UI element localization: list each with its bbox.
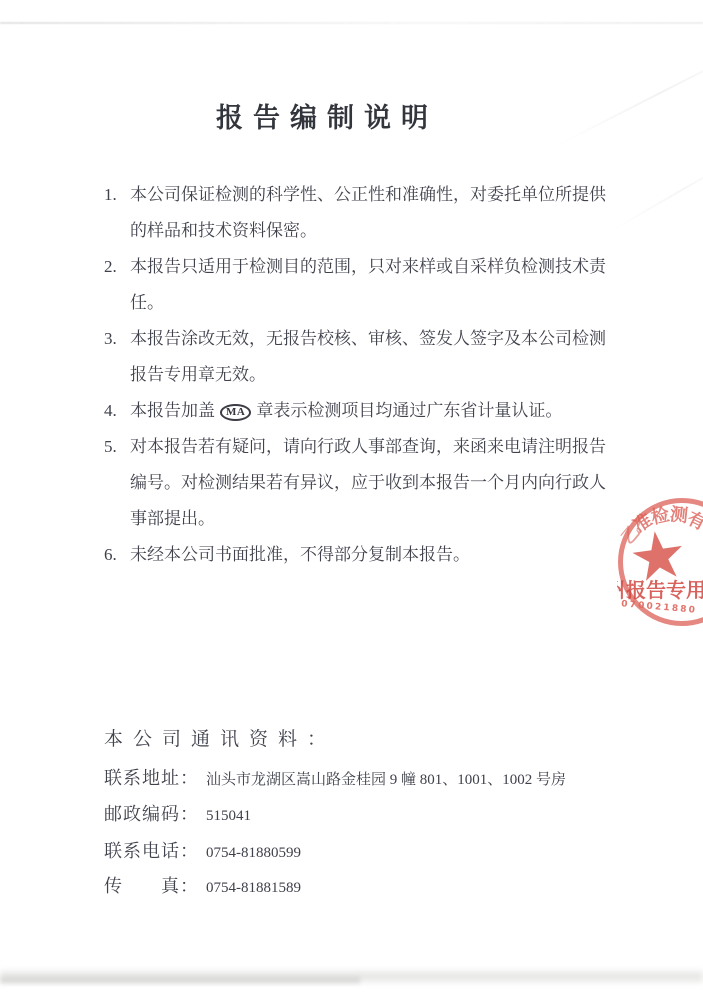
contact-label: 联系电话： [104,841,199,861]
contact-label: 传 真： [104,876,199,896]
item-text: 本报告加盖 [130,401,215,420]
item-line: 本报告加盖MA章表示检测项目均通过广东省计量认证。 [130,393,562,429]
scan-edge-line [0,22,703,24]
item-line: 事部提出。 [130,501,606,537]
seal-band-text: 州报告专用章 [617,574,703,603]
cma-certification-mark: MA [220,404,251,421]
contact-postcode-row: 邮政编码：515041 [104,796,251,832]
notes-list: 1. 本公司保证检测的科学性、公正性和准确性，对委托单位所提供 的样品和技术资料… [104,177,624,573]
item-number: 3. [104,321,130,357]
list-item: 6. 未经本公司书面批准，不得部分复制本报告。 [104,537,624,573]
item-line: 的样品和技术资料保密。 [130,213,606,249]
list-item: 1. 本公司保证检测的科学性、公正性和准确性，对委托单位所提供 的样品和技术资料… [104,177,624,249]
contact-label: 邮政编码： [104,804,199,824]
item-line: 本报告只适用于检测目的范围，只对来样或自采样负检测技术责 [130,249,606,285]
item-line: 报告专用章无效。 [130,357,606,393]
item-number: 5. [104,429,130,465]
item-line: 对本报告若有疑问，请向行政人事部查询，来函来电请注明报告 [130,429,606,465]
list-item: 3. 本报告涂改无效，无报告校核、审核、签发人签字及本公司检测 报告专用章无效。 [104,321,624,393]
list-item: 2. 本报告只适用于检测目的范围，只对来样或自采样负检测技术责 任。 [104,249,624,321]
contact-fax-row: 传 真：0754-81881589 [104,868,301,904]
item-number: 2. [104,249,130,285]
item-number: 4. [104,393,130,429]
item-number: 1. [104,177,130,213]
contact-value: 515041 [206,808,251,824]
item-line: 本公司保证检测的科学性、公正性和准确性，对委托单位所提供 [130,177,606,213]
contact-label: 联系地址： [104,768,199,788]
contact-value: 0754-81880599 [206,845,301,861]
scan-crease [610,150,703,232]
item-line: 编号。对检测结果若有异议，应于收到本报告一个月内向行政人 [130,465,606,501]
contact-section-header: 本公司通讯资料： [104,722,336,758]
item-text: 章表示检测项目均通过广东省计量认证。 [256,401,562,420]
contact-address-row: 联系地址：汕头市龙湖区嵩山路金桂园 9 幢 801、1001、1002 号房 [104,760,566,796]
item-number: 6. [104,537,130,573]
item-line: 任。 [130,285,606,321]
item-line: 本报告涂改无效，无报告校核、审核、签发人签字及本公司检测 [130,321,606,357]
scanned-report-page: 报告编制说明 1. 本公司保证检测的科学性、公正性和准确性，对委托单位所提供 的… [0,0,703,993]
contact-value: 0754-81881589 [206,880,301,896]
list-item: 4. 本报告加盖MA章表示检测项目均通过广东省计量认证。 [104,393,624,429]
contact-value: 汕头市龙湖区嵩山路金桂园 9 幢 801、1001、1002 号房 [206,772,566,788]
contact-phone-row: 联系电话：0754-81880599 [104,833,301,869]
list-item: 5. 对本报告若有疑问，请向行政人事部查询，来函来电请注明报告 编号。对检测结果… [104,429,624,537]
page-title: 报告编制说明 [0,96,654,135]
scan-bottom-smudge [0,977,360,984]
item-line: 未经本公司书面批准，不得部分复制本报告。 [130,537,470,573]
